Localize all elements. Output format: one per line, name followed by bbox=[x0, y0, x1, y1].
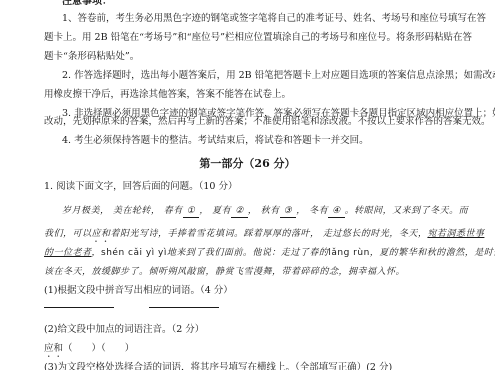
pinyin-text: shén cǎi yì yì bbox=[101, 248, 167, 258]
notes-title: 注意事项： bbox=[62, 0, 112, 8]
sub-question-2: (2)给文段中加点的词语注音。（2 分） bbox=[44, 324, 204, 336]
passage-text: ， 夏有 bbox=[199, 206, 231, 216]
answer-line-2[interactable] bbox=[149, 307, 219, 308]
passage-text: ， 秋有 bbox=[248, 206, 280, 216]
note-item-1-line-2: 题卡上。用 2B 铅笔在“考场号”和“座位号”栏相应位置填涂自己的考场号和座位号… bbox=[44, 32, 472, 44]
note-item-1-line-1: 1、答卷前，考生务必用黑色字迹的钢笔或签字笔将自己的准考证号、姓名、考场号和座位… bbox=[62, 13, 486, 25]
passage-text: 着阳光写诗，手捧着雪花填词。踩着厚厚的落叶， 走过悠长的时光，冬天， bbox=[111, 229, 428, 239]
dotted-word: 应和 bbox=[44, 343, 63, 354]
blank-1: ① bbox=[183, 205, 200, 218]
note-item-4: 4. 考生必须保持答题卡的整洁。考试结束后，将试卷和答题卡一并交回。 bbox=[62, 135, 369, 147]
blank-3: ③ bbox=[280, 205, 297, 218]
passage-text: 我们，可以 bbox=[44, 229, 92, 239]
pinyin-text: lǎng rùn bbox=[328, 248, 369, 258]
note-item-1-line-3: 题卡“条形码粘贴处”。 bbox=[44, 51, 139, 63]
passage-text: 岁月极美， 美在轮转， 春有 bbox=[62, 206, 183, 216]
passage-text: 。转眼间，又来到了冬天。而 bbox=[345, 206, 469, 216]
passage-line-2: 我们，可以应和着阳光写诗，手捧着雪花填词。踩着厚厚的落叶， 走过悠长的时光，冬天… bbox=[44, 228, 484, 245]
answer-line-1[interactable] bbox=[44, 307, 114, 308]
underlined-phrase: 宛若洞悉世事 bbox=[427, 229, 484, 239]
question-1-prompt: 1. 阅读下面文字，回答后面的问题。（10 分） bbox=[44, 181, 237, 193]
exam-page: 注意事项： 1、答卷前，考生务必用黑色字迹的钢笔或签字笔将自己的准考证号、姓名、… bbox=[0, 0, 495, 370]
passage-text: ， bbox=[92, 248, 102, 258]
sub-question-2-answer: 应和（ ）（ ） bbox=[44, 343, 134, 360]
blank-2: ② bbox=[231, 205, 248, 218]
passage-text: 地来到了我们面前。他说：走过了春的 bbox=[167, 248, 329, 258]
note-item-2-line-2: 用橡皮擦干净后，再选涂其他答案，答案不能答在试卷上。 bbox=[44, 89, 291, 101]
underlined-phrase: 的一位老者 bbox=[44, 248, 92, 258]
passage-text: ，夏的繁华和秋的澹然，是时候， bbox=[370, 248, 495, 258]
note-item-2-line-1: 2. 作答选择题时，选出每小题答案后，用 2B 铅笔把答题卡上对应题目选项的答案… bbox=[62, 70, 495, 82]
passage-line-3: 的一位老者，shén cǎi yì yì地来到了我们面前。他说：走过了春的lǎn… bbox=[44, 247, 495, 259]
passage-line-1: 岁月极美， 美在轮转， 春有①， 夏有②， 秋有③， 冬有④。转眼间，又来到了冬… bbox=[62, 205, 468, 218]
blank-4: ④ bbox=[328, 205, 345, 218]
passage-line-4: 该在冬天，放缓脚步了。倾听朔风敲窗，静赏飞雪漫舞，带着碎碎的念，拥幸福入怀。 bbox=[44, 266, 405, 278]
note-item-3-line-2: 改动，先划掉原来的答案，然后再写上新的答案；不准使用铅笔和涂改液。不按以上要求作… bbox=[44, 116, 491, 128]
sub-question-3: (3)为文段空格处选择合适的词语，将其序号填写在横线上。（全部填写正确）(2 分… bbox=[44, 362, 392, 370]
dotted-word: 应和 bbox=[92, 229, 111, 239]
answer-paren-2[interactable]: （ ） bbox=[101, 343, 134, 354]
section-title: 第一部分（26 分） bbox=[0, 158, 495, 170]
answer-paren-1[interactable]: （ ） bbox=[63, 343, 101, 354]
passage-text: ， 冬有 bbox=[296, 206, 328, 216]
sub-question-1: (1)根据文段中拼音写出相应的词语。（4 分） bbox=[44, 285, 233, 297]
